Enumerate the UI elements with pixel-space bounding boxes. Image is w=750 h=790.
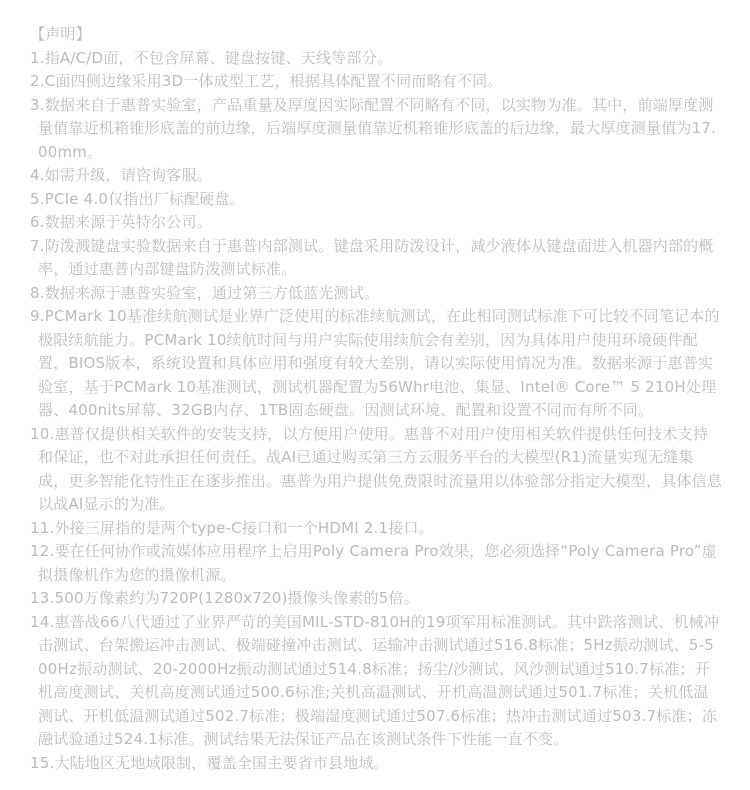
statement-item: 5.PCIe 4.0仅指出厂标配硬盘。 <box>30 188 722 212</box>
statement-item: 13.500万像素约为720P(1280x720)摄像头像素的5倍。 <box>30 587 722 611</box>
statement-item: 10.惠普仅提供相关软件的安装支持，以方便用户使用。惠普不对用户使用相关软件提供… <box>30 423 722 517</box>
statement-item: 6.数据来源于英特尔公司。 <box>30 211 722 235</box>
statement-item: 1.指A/C/D面，不包含屏幕、键盘按键、天线等部分。 <box>30 47 722 71</box>
statement-item: 11.外接三屏指的是两个type-C接口和一个HDMI 2.1接口。 <box>30 517 722 541</box>
statement-list: 1.指A/C/D面，不包含屏幕、键盘按键、天线等部分。2.C面四侧边缘采用3D一… <box>30 47 722 776</box>
statement-item: 8.数据来源于惠普实验室，通过第三方低蓝光测试。 <box>30 282 722 306</box>
statement-item: 3.数据来自于惠普实验室，产品重量及厚度因实际配置不同略有不同，以实物为准。其中… <box>30 94 722 165</box>
statement-item: 2.C面四侧边缘采用3D一体成型工艺，根据具体配置不同而略有不同。 <box>30 70 722 94</box>
statement-item: 7.防泼溅键盘实验数据来自于惠普内部测试。键盘采用防泼设计，减少液体从键盘面进入… <box>30 235 722 282</box>
statement-item: 9.PCMark 10基准续航测试是业界广泛使用的标准续航测试，在此相同测试标准… <box>30 305 722 423</box>
statement-item: 14.惠普战66八代通过了业界严苛的美国MIL-STD-810H的19项军用标准… <box>30 611 722 752</box>
statement-item: 4.如需升级，请咨询客服。 <box>30 164 722 188</box>
statement-item: 15.大陆地区无地域限制，覆盖全国主要省市县地域。 <box>30 752 722 776</box>
statement-title: 【声明】 <box>30 23 722 47</box>
statement-item: 12.要在任何协作或流媒体应用程序上启用Poly Camera Pro效果，您必… <box>30 540 722 587</box>
disclaimer-document: 【声明】 1.指A/C/D面，不包含屏幕、键盘按键、天线等部分。2.C面四侧边缘… <box>0 0 750 790</box>
